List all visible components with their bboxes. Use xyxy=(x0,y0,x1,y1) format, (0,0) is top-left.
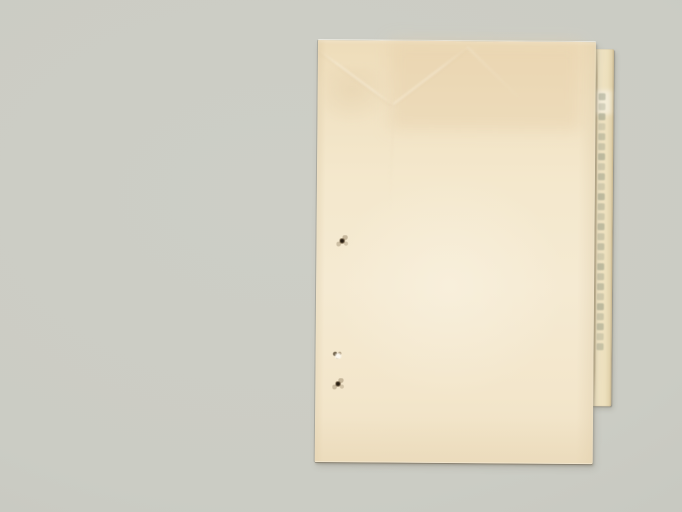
illegible-print-glyph xyxy=(598,113,605,120)
illegible-print-glyph xyxy=(598,193,605,200)
illegible-print-glyph xyxy=(598,153,605,160)
illegible-print-glyph xyxy=(598,173,605,180)
illegible-print-glyph xyxy=(597,263,604,270)
illegible-print-glyph xyxy=(598,203,605,210)
illegible-print-glyph xyxy=(597,343,604,350)
pin-hole-top xyxy=(339,238,345,244)
illegible-print-glyph xyxy=(598,103,605,110)
illegible-print-glyph xyxy=(597,323,604,330)
illegible-print-glyph xyxy=(597,293,604,300)
paper-stain-bottom xyxy=(315,416,593,464)
illegible-print-glyph xyxy=(597,243,604,250)
illegible-print-glyph xyxy=(597,253,604,260)
faint-vertical-print-column xyxy=(597,93,608,353)
illegible-print-glyph xyxy=(597,273,604,280)
illegible-print-glyph xyxy=(598,223,605,230)
illegible-print-glyph xyxy=(597,313,604,320)
illegible-print-glyph xyxy=(597,233,604,240)
illegible-print-glyph xyxy=(598,213,605,220)
illegible-print-glyph xyxy=(598,143,605,150)
paper-stack xyxy=(315,40,614,464)
illegible-print-glyph xyxy=(597,283,604,290)
illegible-print-glyph xyxy=(599,93,606,100)
blank-paper-sheet xyxy=(315,40,596,464)
photo-canvas xyxy=(0,0,682,512)
torn-hole-middle xyxy=(332,351,343,360)
illegible-print-glyph xyxy=(598,133,605,140)
illegible-print-glyph xyxy=(597,333,604,340)
illegible-print-glyph xyxy=(597,303,604,310)
illegible-print-glyph xyxy=(598,163,605,170)
illegible-print-glyph xyxy=(598,183,605,190)
illegible-print-glyph xyxy=(598,123,605,130)
pin-hole-bottom xyxy=(335,381,341,387)
